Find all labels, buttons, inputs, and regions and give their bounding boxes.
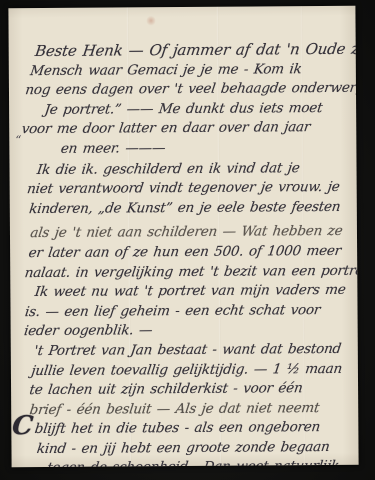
handwriting-line: te lachen uit zijn schilderkist - voor é… [28, 379, 358, 401]
red-ink-smudge [146, 15, 155, 26]
letter-scan-background: “ C Beste Henk — Of jammer af dat 'n Oud… [0, 0, 375, 480]
handwriting-line: nalaat. in vergelijking met 't bezit van… [23, 261, 358, 283]
handwriting-line: Ik die ik. geschilderd en ik vind dat je [36, 158, 359, 180]
handwriting-line: voor me door latter en daar over dan jaa… [20, 118, 358, 140]
handwriting-line: 't Portret van Jan bestaat - want dat be… [33, 340, 359, 362]
handwriting-line: jullie leven toevallig gelijktijdig. — 1… [30, 359, 359, 381]
letter-body: Beste Henk — Of jammer af dat 'n Oude ze… [9, 40, 359, 467]
handwriting-line: Ik weet nu wat 't portret van mijn vader… [33, 281, 358, 303]
handwriting-line: ieder oogenblik. — [23, 320, 359, 342]
handwriting-line: niet verantwoord vindt tegenover je vrou… [26, 178, 359, 200]
handwriting-line: er later aan of ze hun een 500. of 1000 … [27, 242, 358, 264]
handwriting-line: en meer. ——— [59, 138, 358, 160]
handwriting-line: brief - één besluit — Als je dat niet ne… [28, 398, 358, 420]
handwriting-line: Je portret.” —— Me dunkt dus iets moet [43, 99, 358, 121]
handwriting-line: blijft het in die tubes - als een ongebo… [33, 418, 358, 440]
handwriting-line: Beste Henk — Of jammer af dat 'n Oude ze… [34, 40, 359, 62]
letter-paper: “ C Beste Henk — Of jammer af dat 'n Oud… [8, 6, 358, 467]
handwriting-line: kinderen, „de Kunst” en je eele beste fe… [28, 198, 359, 220]
handwriting-line: Mensch waar Gemaci je je me - Kom ik [29, 59, 359, 81]
handwriting-line: als je 't niet aan schilderen — Wat hebb… [29, 222, 359, 244]
handwriting-line: nog eens dagen over 't veel behaagde ond… [24, 79, 359, 101]
handwriting-line: tegen de schoonheid - Dan weet natuurlij… [46, 457, 359, 467]
